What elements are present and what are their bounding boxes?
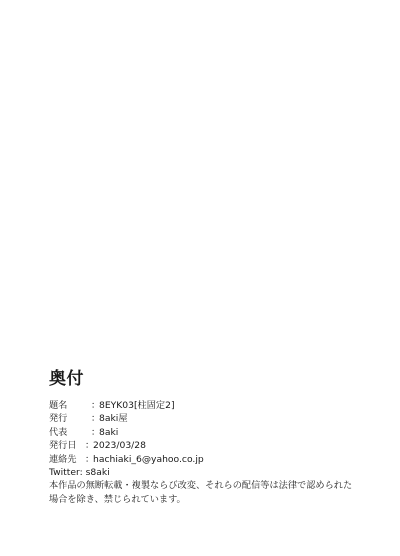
notice-line: 本作品の無断転載・複製ならび改変、それらの配信等は法律で認められた [49, 479, 389, 492]
row-label: 発行日 [49, 439, 85, 452]
row-value: 2023/03/28 [93, 439, 146, 452]
row-value: 8aki [99, 426, 118, 439]
row-publish-date: 発行日 ： 2023/03/28 [49, 439, 389, 452]
colophon-title: 奥付 [49, 369, 389, 389]
colophon-details: 題名 ： 8EYK03[柱固定2] 発行 ： 8aki屋 代表 ： 8aki 発… [49, 399, 389, 479]
row-twitter: Twitter: s8aki [49, 466, 389, 479]
contact-email: hachiaki_6@yahoo.co.jp [93, 453, 204, 466]
row-label: 代表 [49, 426, 91, 439]
row-separator: ： [91, 412, 99, 425]
row-contact: 連絡先 ： hachiaki_6@yahoo.co.jp [49, 453, 389, 466]
notice-line: 場合を除き、禁じられています。 [49, 493, 389, 506]
row-representative: 代表 ： 8aki [49, 426, 389, 439]
row-value: 8EYK03[柱固定2] [99, 399, 175, 412]
colophon: 奥付 題名 ： 8EYK03[柱固定2] 発行 ： 8aki屋 代表 ： 8ak… [49, 369, 389, 506]
row-label: 連絡先 [49, 453, 85, 466]
twitter-handle: Twitter: s8aki [49, 466, 110, 479]
row-title: 題名 ： 8EYK03[柱固定2] [49, 399, 389, 412]
row-separator: ： [85, 439, 93, 452]
row-separator: ： [91, 399, 99, 412]
row-separator: ： [85, 453, 93, 466]
row-publisher: 発行 ： 8aki屋 [49, 412, 389, 425]
copyright-notice: 本作品の無断転載・複製ならび改変、それらの配信等は法律で認められた 場合を除き、… [49, 479, 389, 506]
row-separator: ： [91, 426, 99, 439]
row-label: 題名 [49, 399, 91, 412]
row-label: 発行 [49, 412, 91, 425]
row-value: 8aki屋 [99, 412, 128, 425]
